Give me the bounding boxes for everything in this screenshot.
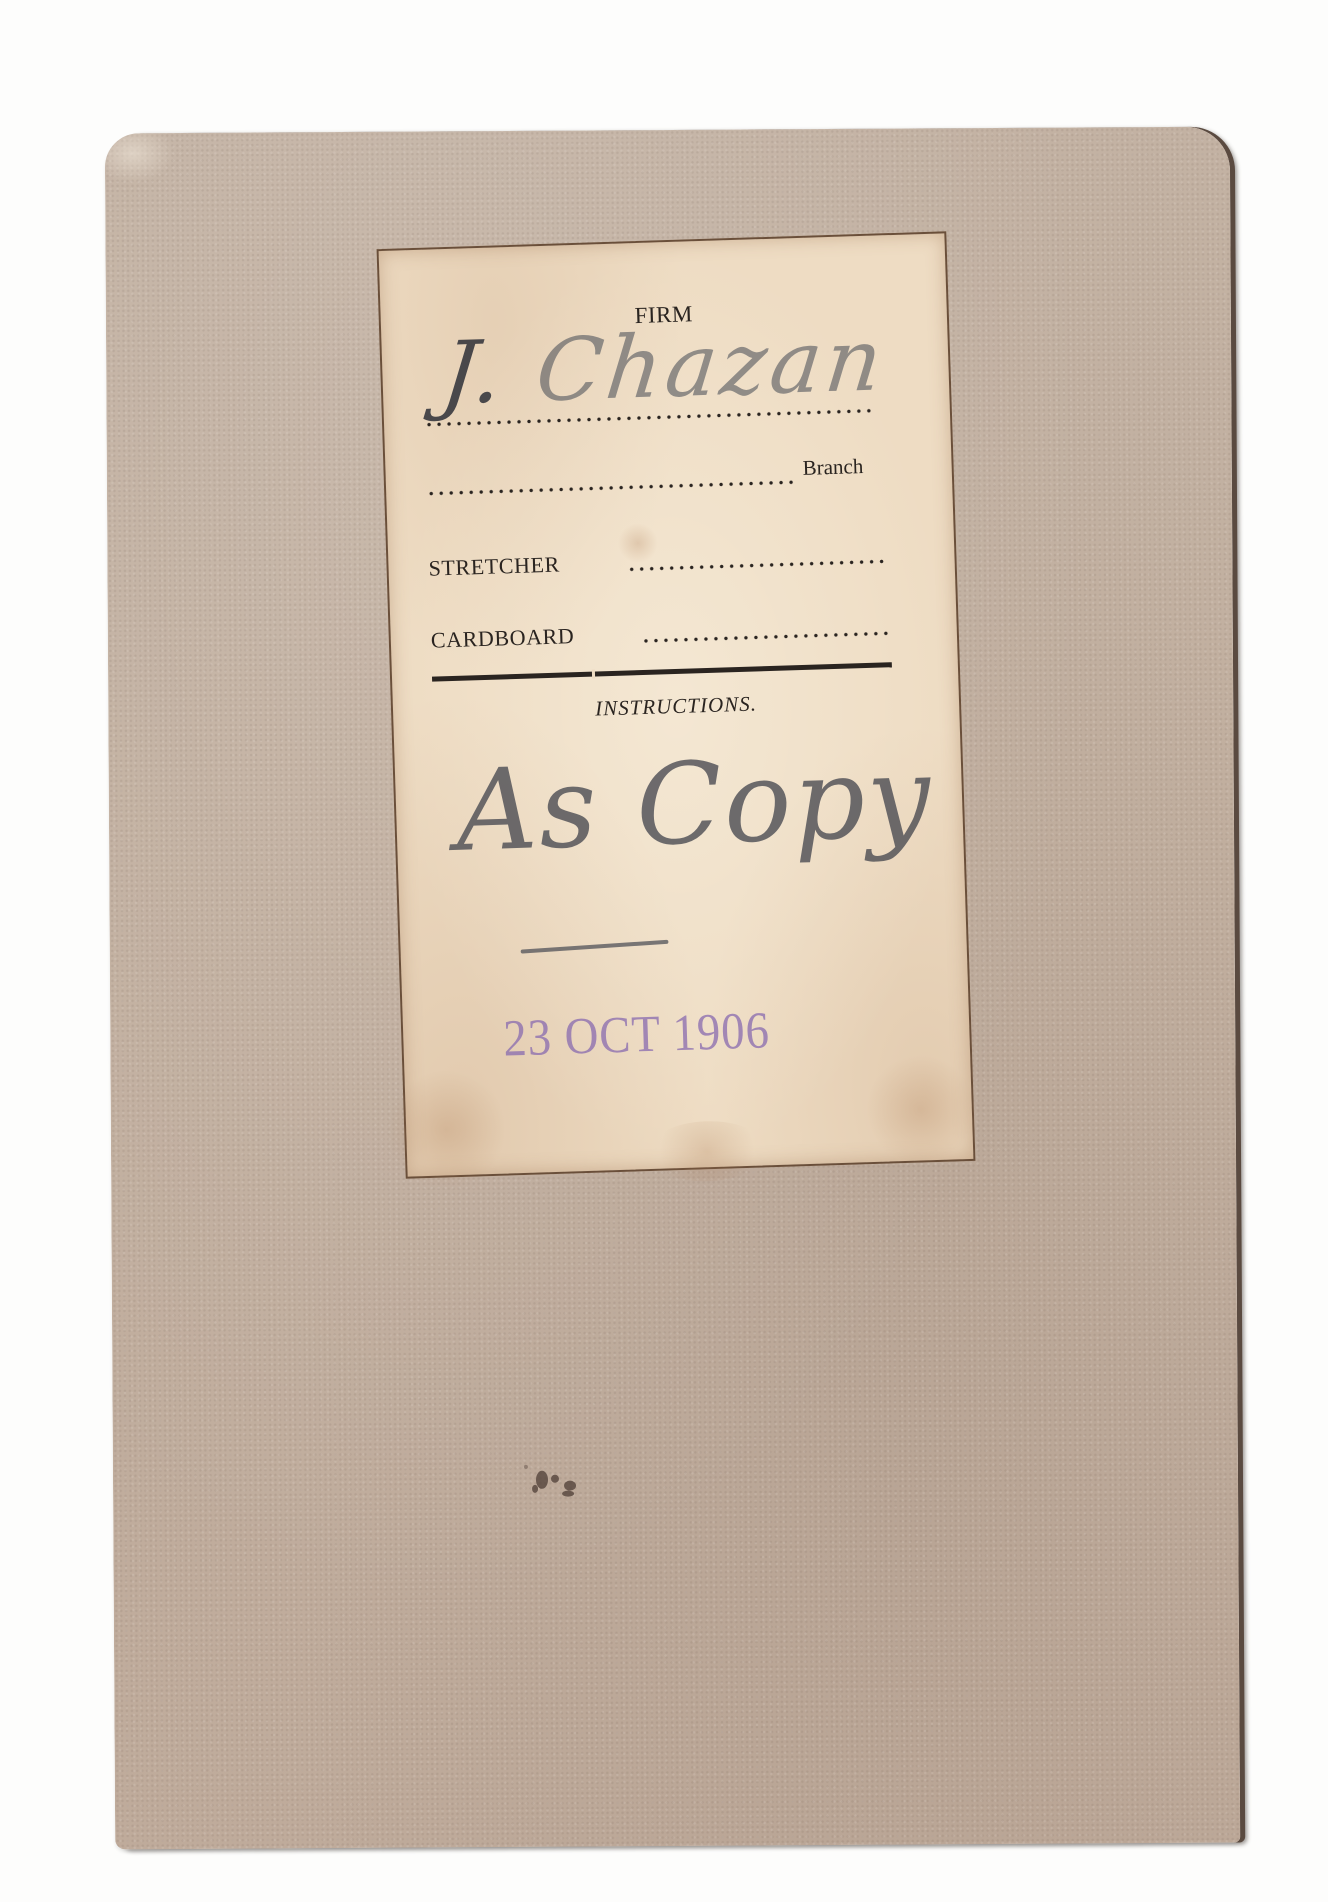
firm-handwritten-value: J. Chazan bbox=[437, 310, 891, 424]
stretcher-dotted-line bbox=[627, 559, 889, 571]
rule-gap bbox=[592, 670, 595, 679]
branch-dotted-line bbox=[426, 480, 796, 496]
stretcher-label: STRETCHER bbox=[428, 552, 560, 582]
stain bbox=[864, 1053, 977, 1166]
section-divider-rule bbox=[432, 662, 892, 681]
ink-smudge bbox=[508, 1451, 588, 1511]
order-label: FIRM J. Chazan Branch STRETCHER CARDBOAR… bbox=[377, 231, 976, 1178]
instructions-label: INSTRUCTIONS. bbox=[393, 685, 960, 728]
pencil-underline bbox=[521, 940, 669, 954]
instructions-handwritten-value: As Copy bbox=[454, 732, 934, 877]
corner-wear bbox=[105, 133, 175, 183]
cardboard-dotted-line bbox=[641, 631, 891, 643]
date-stamp: 23 OCT 1906 bbox=[502, 1001, 770, 1068]
stain bbox=[617, 522, 658, 563]
branch-label: Branch bbox=[802, 454, 863, 481]
cardboard-label: CARDBOARD bbox=[430, 623, 574, 653]
